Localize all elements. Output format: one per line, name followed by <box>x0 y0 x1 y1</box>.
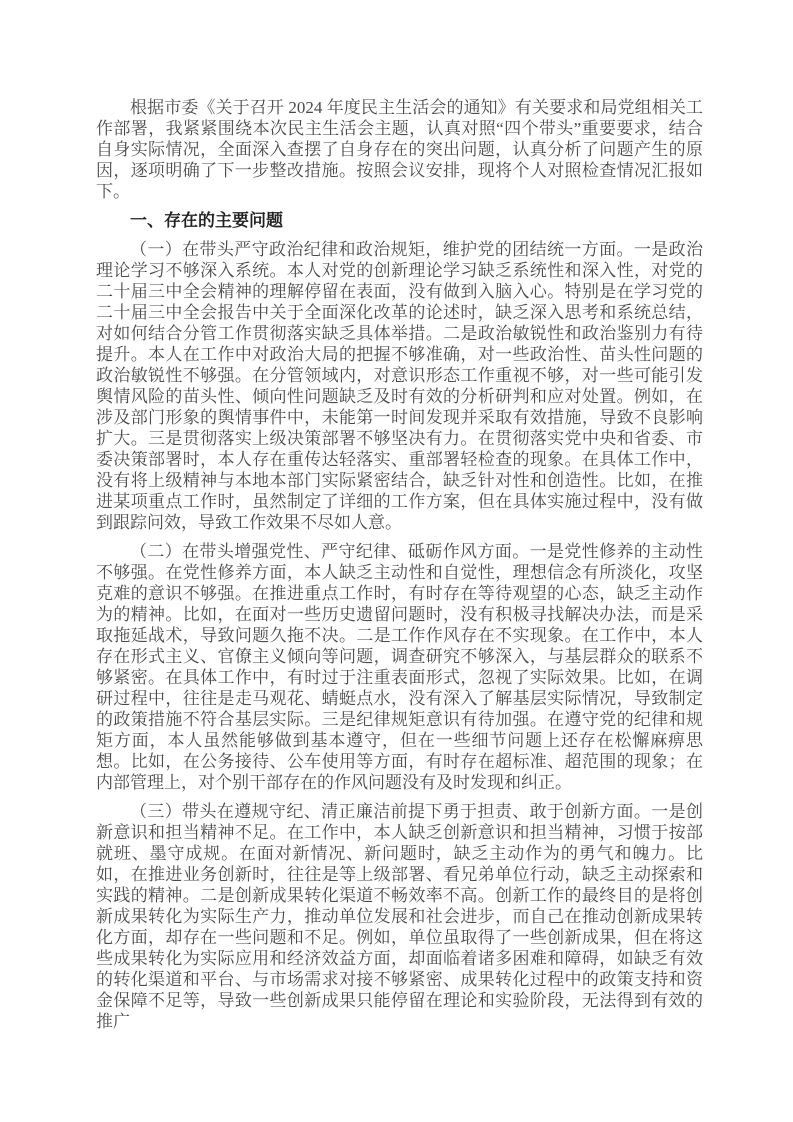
problem-paragraph-3: （三）带头在遵规守纪、清正廉洁前提下勇于担责、敢于创新方面。一是创新意识和担当精… <box>96 801 703 1032</box>
section-heading-main-problems: 一、存在的主要问题 <box>96 210 703 231</box>
document-page: 根据市委《关于召开 2024 年度民主生活会的通知》有关要求和局党组相关工作部署… <box>0 0 793 1122</box>
document-content: 根据市委《关于召开 2024 年度民主生活会的通知》有关要求和局党组相关工作部署… <box>96 97 703 1032</box>
intro-paragraph: 根据市委《关于召开 2024 年度民主生活会的通知》有关要求和局党组相关工作部署… <box>96 97 703 202</box>
problem-paragraph-2: （二）在带头增强党性、严守纪律、砥砺作风方面。一是党性修养的主动性不够强。在党性… <box>96 541 703 793</box>
problem-paragraph-1: （一）在带头严守政治纪律和政治规矩，维护党的团结统一方面。一是政治理论学习不够深… <box>96 239 703 533</box>
